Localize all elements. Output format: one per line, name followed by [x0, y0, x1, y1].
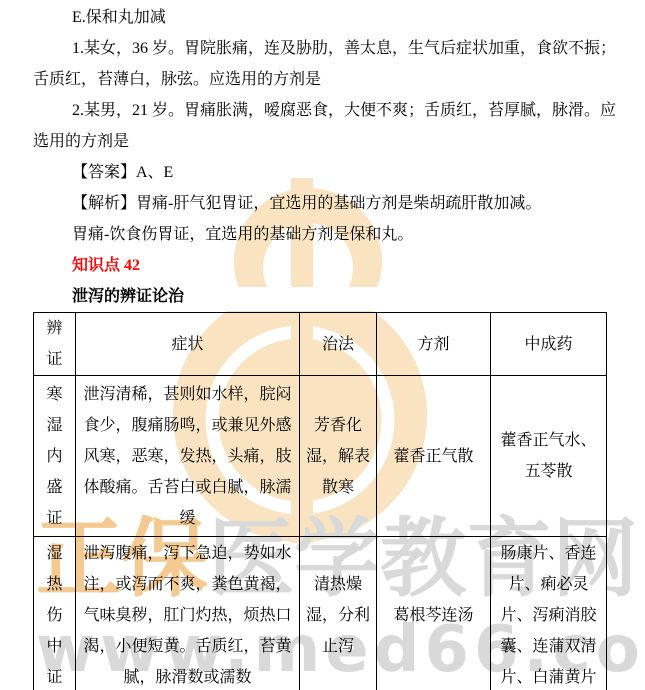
treatment-cell: 芳香化湿，解表散寒	[300, 376, 377, 537]
analysis-line-1: 【解析】胃痛-肝气犯胃证，宜选用的基础方剂是柴胡疏肝散加减。	[0, 188, 645, 219]
header-treatment: 治法	[300, 313, 377, 376]
header-patent-medicine: 中成药	[491, 313, 607, 376]
table-row: 湿热伤中证 泄泻腹痛，泻下急迫，势如水注，或泻而不爽，粪色黄褐，气味臭秽，肛门灼…	[34, 537, 607, 690]
symptoms-cell: 泄泻腹痛，泻下急迫，势如水注，或泻而不爽，粪色黄褐，气味臭秽，肛门灼热，烦热口渴…	[76, 537, 300, 690]
patent-medicine-cell: 肠康片、香连片、痢必灵片、泻痢消胶囊、连蒲双清片、白蒲黄片	[491, 537, 607, 690]
document-content: E.保和丸加减 1.某女，36 岁。胃院胀痛，连及胁肋，善太息，生气后症状加重，…	[0, 0, 645, 690]
header-differentiation-text: 辨证	[46, 313, 64, 375]
question-1: 1.某女，36 岁。胃院胀痛，连及胁肋，善太息，生气后症状加重，食欲不振；舌质红…	[0, 33, 645, 95]
header-symptoms: 症状	[76, 313, 300, 376]
section-title: 泄泻的辨证论治	[0, 281, 645, 312]
formula-cell: 葛根芩连汤	[377, 537, 491, 690]
syndrome-cell: 湿热伤中证	[34, 537, 76, 690]
diarrhea-differentiation-table: 辨证 症状 治法 方剂 中成药 寒湿内盛证 泄泻清稀，甚则如水样，脘闷食少，腹痛…	[33, 312, 607, 690]
header-formula: 方剂	[377, 313, 491, 376]
knowledge-point-heading: 知识点 42	[0, 250, 645, 281]
header-differentiation: 辨证	[34, 313, 76, 376]
table-header-row: 辨证 症状 治法 方剂 中成药	[34, 313, 607, 376]
symptoms-cell: 泄泻清稀，甚则如水样，脘闷食少，腹痛肠鸣，或兼见外感风寒，恶寒，发热，头痛，肢体…	[76, 376, 300, 537]
analysis-line-2: 胃痛-饮食伤胃证，宜选用的基础方剂是保和丸。	[0, 219, 645, 250]
table-row: 寒湿内盛证 泄泻清稀，甚则如水样，脘闷食少，腹痛肠鸣，或兼见外感风寒，恶寒，发热…	[34, 376, 607, 537]
answer-line: 【答案】A、E	[0, 157, 645, 188]
question-2: 2.某男，21 岁。胃痛胀满，嗳腐恶食，大便不爽；舌质红，苔厚腻，脉滑。应选用的…	[0, 95, 645, 157]
treatment-cell: 清热燥湿，分利止泻	[300, 537, 377, 690]
formula-cell: 藿香正气散	[377, 376, 491, 537]
syndrome-cell: 寒湿内盛证	[34, 376, 76, 537]
option-e-line: E.保和丸加减	[0, 2, 645, 33]
syndrome-text: 湿热伤中证	[46, 538, 64, 690]
patent-medicine-cell: 藿香正气水、五苓散	[491, 376, 607, 537]
syndrome-text: 寒湿内盛证	[46, 379, 64, 534]
